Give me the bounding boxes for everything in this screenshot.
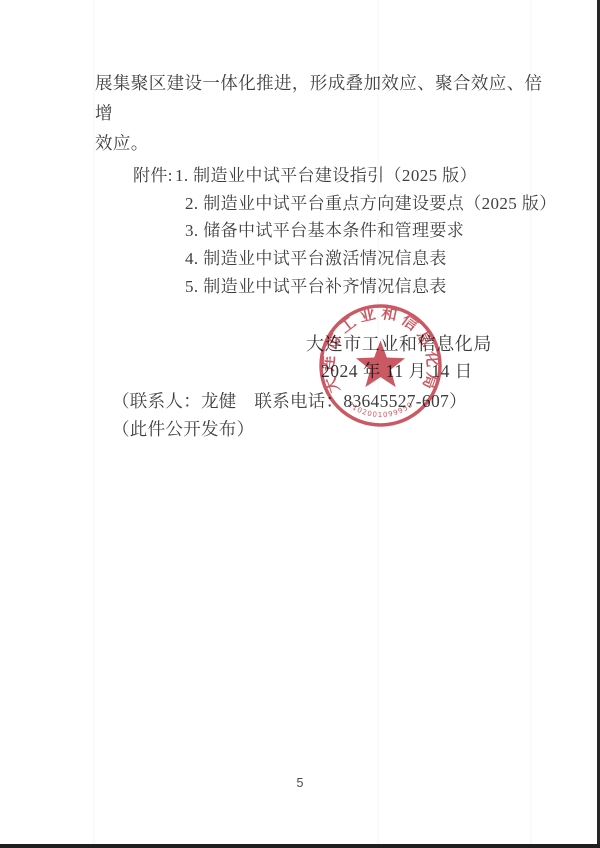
seal-serial-number: 2102001099950 — [346, 400, 415, 420]
body-paragraph-line: 展集聚区建设一体化推进，形成叠加效应、聚合效应、倍增 — [95, 68, 557, 128]
attachments-label: 附件: — [133, 166, 173, 185]
body-paragraph: 展集聚区建设一体化推进，形成叠加效应、聚合效应、倍增 效应。 — [95, 68, 557, 158]
attachment-item: 1. 制造业中试平台建设指引（2025 版） — [175, 166, 477, 185]
scanned-document-page: 展集聚区建设一体化推进，形成叠加效应、聚合效应、倍增 效应。 附件:1. 制造业… — [0, 0, 600, 848]
scan-artifact — [377, 0, 379, 848]
attachment-row: 附件:1. 制造业中试平台建设指引（2025 版） — [133, 161, 477, 186]
attachment-item: 2. 制造业中试平台重点方向建设要点（2025 版） — [185, 189, 557, 214]
public-release-note: （此件公开发布） — [112, 416, 254, 441]
body-paragraph-line: 效应。 — [95, 128, 557, 158]
attachment-item: 3. 储备中试平台基本条件和管理要求 — [185, 216, 464, 241]
attachment-item: 5. 制造业中试平台补齐情况信息表 — [185, 272, 447, 297]
scan-artifact — [530, 0, 532, 848]
scan-artifact — [93, 0, 95, 848]
page-number: 5 — [0, 776, 600, 790]
scan-edge — [0, 844, 600, 848]
official-seal: 大连市工业和信息化局 2102001099950 — [314, 299, 447, 432]
seal-star-icon — [356, 340, 405, 387]
attachment-item: 4. 制造业中试平台激活情况信息表 — [185, 244, 447, 269]
